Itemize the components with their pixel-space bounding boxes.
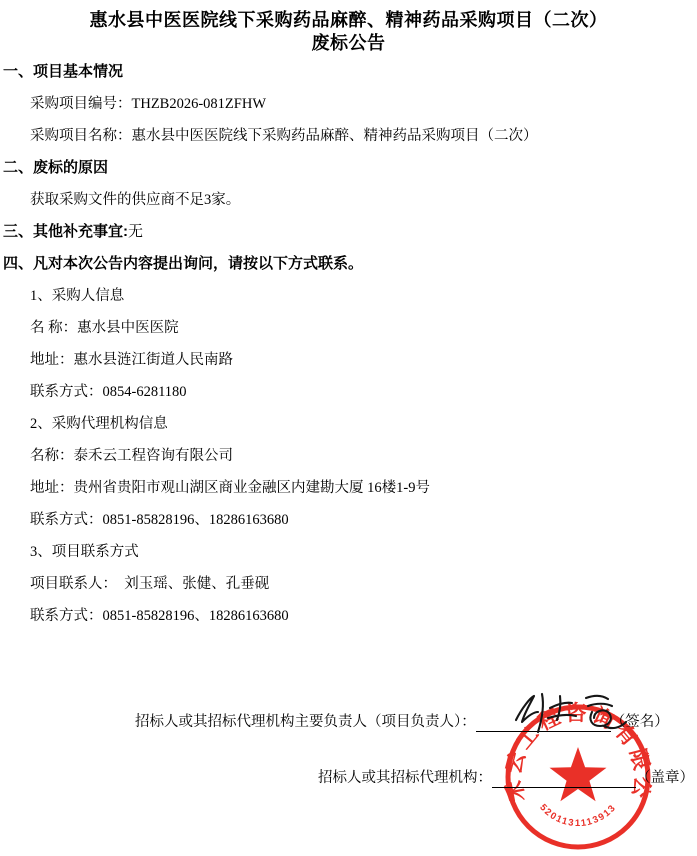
document-title: 惠水县中医医院线下采购药品麻醉、精神药品采购项目（二次） 废标公告 <box>0 9 697 55</box>
contact-persons-value: 刘玉瑶、张健、孔垂砚 <box>110 576 270 592</box>
contact-phone-line: 联系方式：0851-85828196、18286163680 <box>0 606 697 638</box>
contact-phone-value: 0851-85828196、18286163680 <box>103 608 289 624</box>
title-line-2: 废标公告 <box>0 32 697 55</box>
document-body: 一、项目基本情况 采购项目编号：THZB2026-081ZFHW 采购项目名称：… <box>0 62 697 638</box>
contact-persons-line: 项目联系人： 刘玉瑶、张健、孔垂砚 <box>0 574 697 606</box>
agency-name-line: 名称：泰禾云工程咨询有限公司 <box>0 446 697 478</box>
buyer-name-value: 惠水县中医医院 <box>77 320 179 336</box>
buyer-address-line: 地址：惠水县涟江街道人民南路 <box>0 350 697 382</box>
agency-name-label: 名称： <box>30 448 74 464</box>
agency-name-value: 泰禾云工程咨询有限公司 <box>74 448 234 464</box>
project-name-label: 采购项目名称： <box>30 128 132 144</box>
seal-serial-number: 5201131113913 <box>537 802 619 829</box>
buyer-address-value: 惠水县涟江街道人民南路 <box>74 352 234 368</box>
section3-heading-label: 三、其他补充事宜: <box>3 223 128 240</box>
document-page: 惠水县中医医院线下采购药品麻醉、精神药品采购项目（二次） 废标公告 一、项目基本… <box>0 0 697 856</box>
agency-stamp-blank <box>492 769 636 788</box>
project-number-line: 采购项目编号：THZB2026-081ZFHW <box>0 94 697 126</box>
contact-phone-label: 联系方式： <box>30 608 103 624</box>
agency-stamp-suffix: （盖章） <box>636 770 694 786</box>
agency-info-heading: 2、采购代理机构信息 <box>0 414 697 446</box>
buyer-phone-value: 0854-6281180 <box>103 384 187 400</box>
section3-heading: 三、其他补充事宜:无 <box>0 222 697 254</box>
agency-phone-label: 联系方式： <box>30 512 103 528</box>
svg-text:5201131113913: 5201131113913 <box>537 802 619 829</box>
agency-stamp-label: 招标人或其招标代理机构： <box>318 770 492 786</box>
buyer-phone-line: 联系方式：0854-6281180 <box>0 382 697 414</box>
agency-address-line: 地址：贵州省贵阳市观山湖区商业金融区内建勘大厦 16楼1-9号 <box>0 478 697 510</box>
buyer-name-line: 名 称：惠水县中医医院 <box>0 318 697 350</box>
project-name-value: 惠水县中医医院线下采购药品麻醉、精神药品采购项目（二次） <box>132 128 538 144</box>
project-number-label: 采购项目编号： <box>30 96 132 112</box>
handwritten-signature-strokes <box>500 686 635 738</box>
project-number-value: THZB2026-081ZFHW <box>132 96 267 112</box>
contact-persons-label: 项目联系人： <box>30 576 110 592</box>
section1-heading: 一、项目基本情况 <box>0 62 697 94</box>
buyer-address-label: 地址： <box>30 352 74 368</box>
project-contact-heading: 3、项目联系方式 <box>0 542 697 574</box>
project-name-line: 采购项目名称：惠水县中医医院线下采购药品麻醉、精神药品采购项目（二次） <box>0 126 697 158</box>
agency-address-value: 贵州省贵阳市观山湖区商业金融区内建勘大厦 16楼1-9号 <box>74 480 430 496</box>
buyer-phone-label: 联系方式： <box>30 384 103 400</box>
handwritten-signature <box>500 686 635 738</box>
section3-heading-value: 无 <box>128 224 143 240</box>
principal-signature-label: 招标人或其招标代理机构主要负责人（项目负责人）： <box>135 714 476 730</box>
buyer-name-label: 名 称： <box>30 320 77 336</box>
buyer-info-heading: 1、采购人信息 <box>0 286 697 318</box>
agency-phone-value: 0851-85828196、18286163680 <box>103 512 289 528</box>
agency-stamp-row: 招标人或其招标代理机构：（盖章） <box>318 768 694 788</box>
section2-heading: 二、废标的原因 <box>0 158 697 190</box>
cancellation-reason: 获取采购文件的供应商不足3家。 <box>0 190 697 222</box>
section4-heading: 四、凡对本次公告内容提出询问，请按以下方式联系。 <box>0 254 697 286</box>
agency-address-label: 地址： <box>30 480 74 496</box>
title-line-1: 惠水县中医医院线下采购药品麻醉、精神药品采购项目（二次） <box>0 9 697 32</box>
agency-phone-line: 联系方式：0851-85828196、18286163680 <box>0 510 697 542</box>
